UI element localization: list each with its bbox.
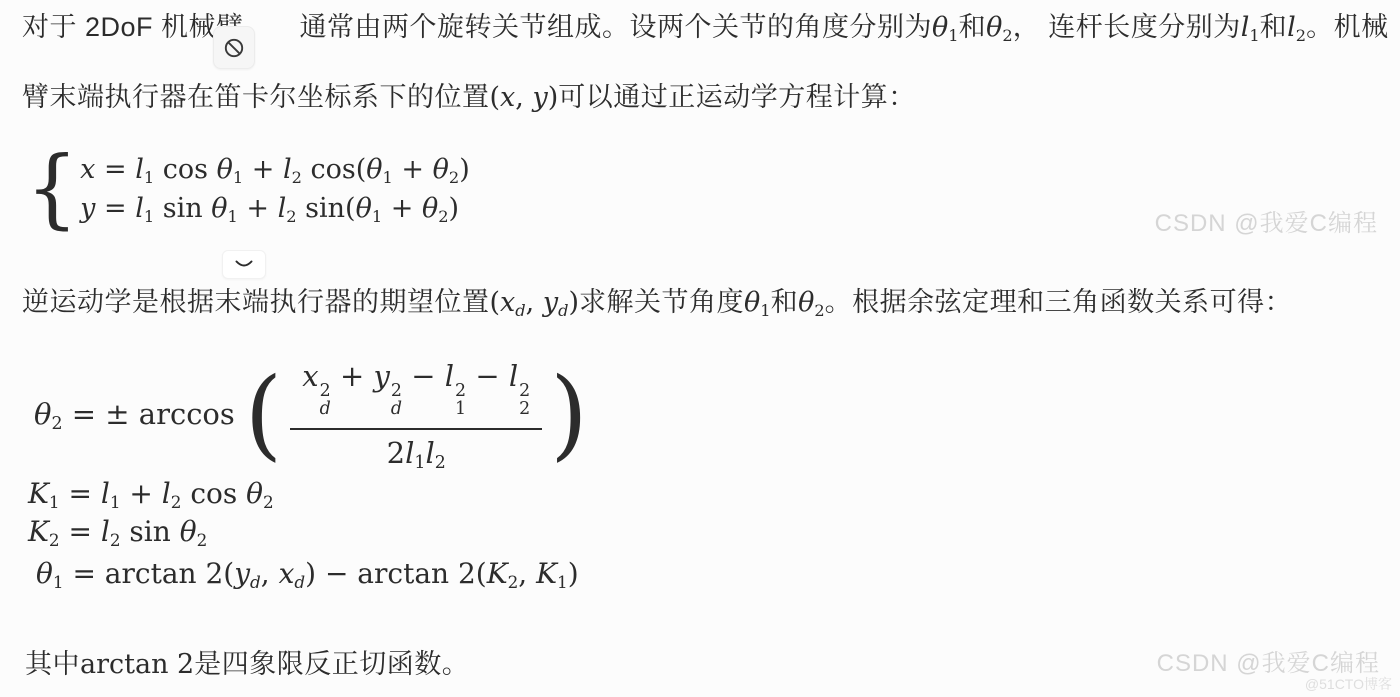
paragraph-line-4: 其中arctan 2是四象限反正切函数。 — [25, 647, 469, 682]
right-paren: ) — [550, 365, 587, 463]
paragraph-line-3: 逆运动学是根据末端执行器的期望位置(xd, yd)求解关节角度θ1和θ2。根据余… — [22, 285, 1292, 320]
document-page: 对于 2DoF 机械臂通常由两个旋转关节组成。设两个关节的角度分别为θ1和θ2，… — [0, 0, 1400, 697]
broken-image-placeholder[interactable] — [213, 26, 255, 69]
watermark-csdn-bottom: CSDN @我爱C编程 — [1157, 643, 1380, 678]
left-curly-brace: { — [26, 146, 78, 232]
k1-equation: K1 = l1 + l2 cos θ2 — [28, 477, 274, 511]
equation-x: x = l1 cos θ1 + l2 cos(θ1 + θ2) — [80, 150, 470, 189]
paragraph-line-2: 臂末端执行器在笛卡尔坐标系下的位置(x, y)可以通过正运动学方程计算： — [22, 80, 916, 115]
collapsed-element-chip[interactable] — [222, 250, 266, 279]
watermark-51cto: @51CTO博客 — [1305, 674, 1392, 694]
circle-slash-icon — [223, 37, 245, 59]
fraction-denominator: 2l1l2 — [387, 430, 446, 471]
k2-equation: K2 = l2 sin θ2 — [28, 515, 207, 549]
fraction: x2d + y2d − l21 − l22 2l1l2 — [290, 357, 542, 470]
theta1-equation: θ1 = arctan 2(yd, xd) − arctan 2(K2, K1) — [36, 557, 579, 591]
forward-kinematics-equation: { x = l1 cos θ1 + l2 cos(θ1 + θ2) y = l1… — [26, 148, 470, 230]
left-paren: ( — [245, 365, 282, 463]
arc-down-icon — [235, 260, 253, 269]
fraction-numerator: x2d + y2d − l21 − l22 — [290, 357, 542, 429]
theta2-lhs: θ2 = ± arccos — [34, 397, 235, 432]
theta2-equation: θ2 = ± arccos ( x2d + y2d − l21 − l22 2l… — [34, 358, 588, 470]
equation-y: y = l1 sin θ1 + l2 sin(θ1 + θ2) — [80, 189, 470, 228]
watermark-csdn-mid: CSDN @我爱C编程 — [1155, 203, 1378, 238]
